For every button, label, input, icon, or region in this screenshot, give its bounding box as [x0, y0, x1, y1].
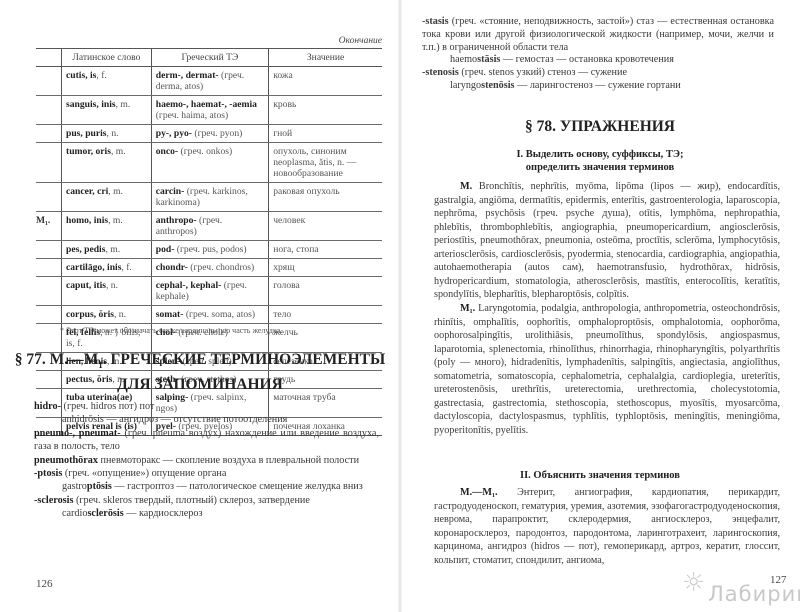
row-marker	[36, 143, 62, 183]
term-entry: -stenosis (греч. stenos узкий) стеноз — …	[422, 67, 774, 80]
table-row: corpus, ŏris, n.somat- (греч. soma, atos…	[36, 306, 382, 324]
page-number-left: 126	[36, 578, 53, 590]
term-entry: cardiosclerōsis — кардиосклероз	[34, 507, 379, 520]
greek-te: onco- (греч. onkos)	[151, 143, 268, 183]
col-latin: Латинское слово	[62, 49, 152, 67]
term-entries-list: hidro- (греч. hidros пот) потanhidrōsis …	[34, 400, 379, 521]
greek-te: py-, pyo- (греч. pyon)	[151, 125, 268, 143]
term-entry: -sclerosis (греч. skleros твердый, плотн…	[34, 494, 379, 507]
meaning: кровь	[269, 96, 382, 125]
table-footnote: * Этот ТЭ может обозначать также кардина…	[60, 326, 282, 335]
term-entry: hidro- (греч. hidros пот) пот	[34, 400, 379, 413]
watermark-logo: ☼ Лабиринт	[682, 574, 794, 608]
exercise-1-paragraph-m1: M₁. Laryngotomia, podalgia, anthropologi…	[434, 302, 780, 437]
row-marker	[36, 306, 62, 324]
meaning: раковая опухоль	[269, 183, 382, 212]
latin-word: tumor, oris, m.	[62, 143, 152, 183]
section-78-title: § 78. УПРАЖНЕНИЯ	[400, 118, 800, 136]
row-marker: M₁.	[36, 212, 62, 241]
col-marker	[36, 49, 62, 67]
row-marker	[36, 277, 62, 306]
row-marker	[36, 324, 62, 353]
greek-te: anthropo- (греч. anthropos)	[151, 212, 268, 241]
exercise-2-paragraph: M.—M₁. Энтерит, ангиография, кардиопатия…	[434, 486, 780, 567]
greek-te: carcin- (греч. karkinos, karkinoma)	[151, 183, 268, 212]
table-row: sanguis, inis, m.haemo-, haemat-, -aemia…	[36, 96, 382, 125]
greek-te: cephal-, kephal- (греч. kephale)	[151, 277, 268, 306]
meaning: голова	[269, 277, 382, 306]
latin-word: caput, itis, n.	[62, 277, 152, 306]
meaning: хрящ	[269, 259, 382, 277]
term-entry: -ptosis (греч. «опущение») опущение орга…	[34, 467, 379, 480]
latin-word: cancer, cri, m.	[62, 183, 152, 212]
term-entry: anhidrōsis — ангидроз — отсутствие потоо…	[34, 413, 379, 426]
latin-word: pus, puris, n.	[62, 125, 152, 143]
meaning: кожа	[269, 67, 382, 96]
row-marker	[36, 67, 62, 96]
latin-word: cutis, is, f.	[62, 67, 152, 96]
meaning: опухоль, синоним neoplasma, ătis, n. — н…	[269, 143, 382, 183]
left-page: Окончание Латинское слово Греческий ТЭ З…	[0, 0, 400, 612]
row-marker	[36, 125, 62, 143]
greek-te: pod- (греч. pus, podos)	[151, 241, 268, 259]
exercise-1-title: I. Выделить основу, суффиксы, ТЭ; опреде…	[400, 148, 800, 174]
table-row: pes, pedis, m.pod- (греч. pus, podos)ног…	[36, 241, 382, 259]
latin-word: pes, pedis, m.	[62, 241, 152, 259]
term-entry: pneumo-, pneumat- (греч. pneuma воздух) …	[34, 427, 379, 454]
table-row: cutis, is, f.derm-, dermat- (греч. derma…	[36, 67, 382, 96]
latin-word: homo, inis, m.	[62, 212, 152, 241]
exercise-1-paragraph-m: M. Bronchītis, nephrītis, myōma, lipōma …	[434, 180, 780, 302]
table-header-row: Латинское слово Греческий ТЭ Значение	[36, 49, 382, 67]
greek-te: chondr- (греч. chondros)	[151, 259, 268, 277]
continuation-label: Окончание	[339, 36, 382, 46]
table-row: M₁.homo, inis, m.anthropo- (греч. anthro…	[36, 212, 382, 241]
latin-word: cartilāgo, inis, f.	[62, 259, 152, 277]
meaning: нога, стопа	[269, 241, 382, 259]
greek-te: somat- (греч. soma, atos)	[151, 306, 268, 324]
greek-te: derm-, dermat- (греч. derma, atos)	[151, 67, 268, 96]
term-entries-list-right: -stasis (греч. «стояние, неподвижность, …	[422, 16, 774, 93]
table-row: cancer, cri, m.carcin- (греч. karkinos, …	[36, 183, 382, 212]
term-entry: laryngostenōsis — ларингостеноз — сужени…	[422, 80, 774, 93]
table-row: pus, puris, n.py-, pyo- (греч. pyon)гной	[36, 125, 382, 143]
sun-icon: ☼	[682, 568, 706, 598]
term-entry: -stasis (греч. «стояние, неподвижность, …	[422, 16, 774, 54]
exercise-2-title: II. Объяснить значения терминов	[400, 470, 800, 481]
meaning: человек	[269, 212, 382, 241]
term-entry: gastroptōsis — гастроптоз — патологическ…	[34, 480, 379, 493]
row-marker	[36, 96, 62, 125]
latin-word: corpus, ŏris, n.	[62, 306, 152, 324]
term-entry: haemostāsis — гемостаз — остановка крово…	[422, 54, 774, 67]
meaning: желчь	[269, 324, 382, 353]
meaning: гной	[269, 125, 382, 143]
section-77-title: § 77. М.—М1. ГРЕЧЕСКИЕ ТЕРМИНОЭЛЕМЕНТЫ Д…	[0, 350, 400, 394]
term-entry: pneumothōrax пневмоторакс — скопление во…	[34, 454, 379, 467]
right-page: -stasis (греч. «стояние, неподвижность, …	[400, 0, 800, 612]
row-marker	[36, 183, 62, 212]
col-greek: Греческий ТЭ	[151, 49, 268, 67]
table-row: tumor, oris, m.onco- (греч. onkos)опухол…	[36, 143, 382, 183]
greek-te: haemo-, haemat-, -aemia (греч. haima, at…	[151, 96, 268, 125]
meaning: тело	[269, 306, 382, 324]
table-row: cartilāgo, inis, f.chondr- (греч. chondr…	[36, 259, 382, 277]
table-row: caput, itis, n.cephal-, kephal- (греч. k…	[36, 277, 382, 306]
col-meaning: Значение	[269, 49, 382, 67]
row-marker	[36, 259, 62, 277]
latin-word: sanguis, inis, m.	[62, 96, 152, 125]
row-marker	[36, 241, 62, 259]
